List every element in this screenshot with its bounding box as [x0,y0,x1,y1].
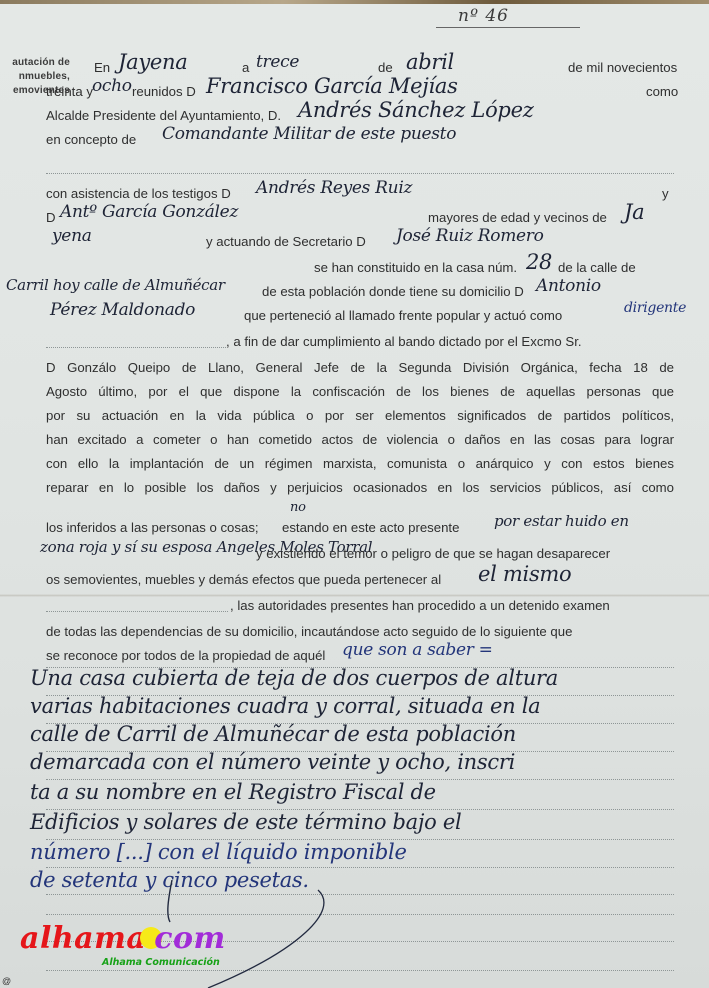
inventory-line: demarcada con el número veinte y ocho, i… [30,752,658,776]
form-line-owner: Pérez Maldonado que perteneció al llamad… [46,304,674,328]
dotted-rule [46,913,674,915]
handwritten-role: dirigente [624,300,686,316]
handwritten-month: abril [406,50,454,74]
inventory-text: Una casa cubierta de teja de dos cuerpos… [30,666,558,690]
form-line-present: los inferidos a las personas o cosas; no… [46,516,674,540]
handwritten-year: ocho [92,76,132,96]
handwritten-enumeration-start: que son a saber = [342,640,493,660]
printed-text: se han constituido en la casa núm. [314,260,517,275]
printed-text: los inferidos a las personas o cosas; [46,520,259,535]
form-line-wife: zona roja y sí su esposa Angeles Moles T… [46,542,674,566]
printed-text: se reconoce por todos de la propiedad de… [46,648,325,663]
handwritten-day: trece [256,52,299,72]
inventory-text: Edificios y solares de este término bajo… [30,810,461,834]
handwritten-capacity: Comandante Militar de este puesto [162,124,456,144]
printed-text: En [94,60,110,75]
printed-text: que perteneció al llamado frente popular… [244,308,562,323]
printed-text: en concepto de [46,132,136,147]
handwritten-house-number: 28 [526,250,552,274]
dotted-rule [46,610,228,612]
decree-line: con ello la implantación de un régimen m… [46,456,674,471]
form-line-examination: , las autoridades presentes han procedid… [46,594,674,618]
logo-wordmark: alhamacom [20,922,226,956]
document-number-underline [436,27,580,28]
printed-text: y [662,186,669,201]
printed-text: estando en este acto presente [282,520,459,535]
inventory-line: número [...] con el líquido imponible [30,842,658,866]
printed-text: , las autoridades presentes han procedid… [230,598,610,613]
decree-line: han excitado a cometer o han cometido ac… [46,432,674,447]
inventory-line: Edificios y solares de este término bajo… [30,812,658,836]
handwritten-insertion: no [290,500,306,515]
inventory-line: ta a su nombre en el Registro Fiscal de [30,782,658,806]
form-line-property: se reconoce por todos de la propiedad de… [46,644,674,668]
logo-brand-left: alhama [20,921,146,956]
inventory-line: Una casa cubierta de teja de dos cuerpos… [30,668,658,692]
printed-text: mayores de edad y vecinos de [428,210,607,225]
printed-text: como [646,84,678,99]
decree-line: reparar en lo posible los daños y perjui… [46,480,674,495]
printed-text: de esta población donde tiene su domicil… [262,284,524,299]
printed-text: a [242,60,249,75]
printed-text: de mil novecientos [568,60,677,75]
form-line-witness-2: D Antº García González mayores de edad y… [46,206,674,230]
form-line-goods: os semovientes, muebles y demás efectos … [46,568,674,592]
printed-text: treinta y [46,84,93,99]
printed-text: y existiendo el temor o peligro de que s… [256,546,610,561]
inventory-line: calle de Carril de Almuñécar de esta pob… [30,724,658,748]
handwritten-mayor-name: Francisco García Mejías [206,74,458,98]
decree-line: Agosto último, por el que dispone la con… [46,384,674,399]
decree-line: D Gonzálo Queipo de Llano, General Jefe … [46,360,674,375]
inventory-text: varias habitaciones cuadra y corral, sit… [30,694,540,718]
alhama-logo-watermark: alhamacom Alhama Comunicación [20,922,226,956]
dotted-rule [46,346,226,348]
handwritten-witness-2: Antº García González [60,202,238,222]
form-line-secretary: yena y actuando de Secretario D José Rui… [46,230,674,254]
handwritten-owner-surname: Pérez Maldonado [50,300,195,320]
handwritten-witness-1: Andrés Reyes Ruiz [256,178,412,198]
handwritten-town-start: Ja [624,200,644,224]
document-number: nº 46 [458,6,509,26]
handwritten-commander-name: Andrés Sánchez López [298,98,533,122]
printed-text: con asistencia de los testigos D [46,186,231,201]
handwritten-absence-reason: por estar huido en [494,512,629,530]
inventory-text: calle de Carril de Almuñécar de esta pob… [30,722,516,746]
printed-text: de todas las dependencias de su domicili… [46,624,572,639]
handwritten-street: Carril hoy calle de Almuñécar [6,276,225,294]
printed-text: reunidos D [132,84,196,99]
form-line-capacity: en concepto de Comandante Militar de est… [46,128,674,152]
printed-text: D [46,210,56,225]
inventory-text: demarcada con el número veinte y ocho, i… [30,750,515,774]
form-line-decree: , a fin de dar cumplimiento al bando dic… [46,330,674,354]
dotted-rule [46,893,674,895]
handwritten-town: Jayena [118,50,187,74]
handwritten-owner-first-name: Antonio [536,276,601,296]
inventory-text: ta a su nombre en el Registro Fiscal de [30,780,436,804]
handwritten-town-end: yena [52,226,92,246]
inventory-line: varias habitaciones cuadra y corral, sit… [30,696,658,720]
printed-text: os semovientes, muebles y demás efectos … [46,572,441,587]
decree-line: por su actuación en la vida pública o po… [46,408,674,423]
at-symbol: @ [2,976,11,986]
handwritten-secretary-name: José Ruiz Romero [396,226,544,246]
logo-tagline: Alhama Comunicación [102,957,220,968]
handwritten-owner-ref: el mismo [478,562,571,586]
inventory-text: número [...] con el líquido imponible [30,840,407,864]
logo-brand-right: com [154,921,226,956]
printed-text: de [378,60,393,75]
printed-text: Alcalde Presidente del Ayuntamiento, D. [46,108,281,123]
printed-text: de la calle de [558,260,636,275]
dotted-rule [46,969,674,971]
printed-text: y actuando de Secretario D [206,234,366,249]
printed-text: , a fin de dar cumplimiento al bando dic… [226,334,582,349]
dotted-rule [46,172,674,174]
